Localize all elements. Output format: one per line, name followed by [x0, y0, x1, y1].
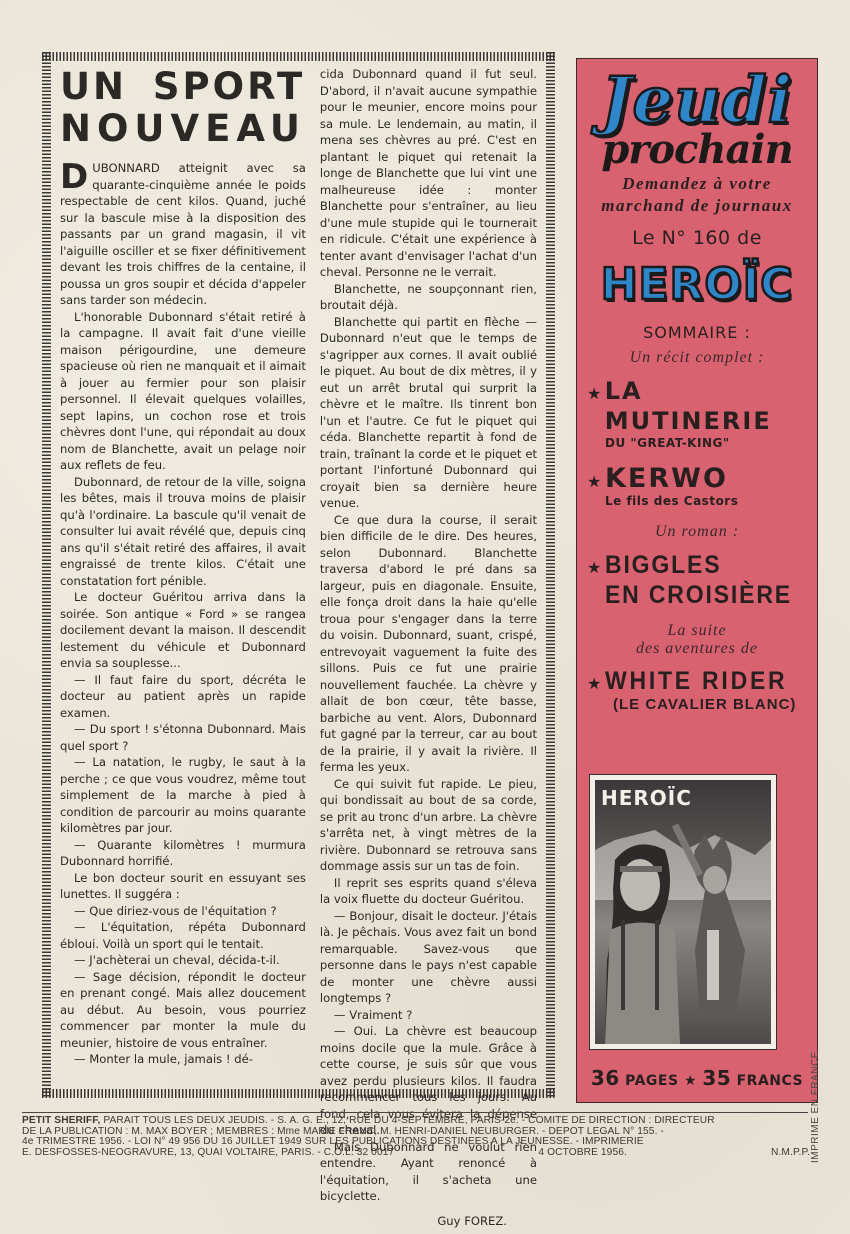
paragraph: L'honorable Dubonnard s'était retiré à l…: [60, 309, 306, 474]
entry-title-line-2: EN CROISIÈRE: [605, 580, 792, 610]
article-column-1: UN SPORT NOUVEAU DUBONNARD atteignit ave…: [60, 66, 306, 1084]
article-columns: UN SPORT NOUVEAU DUBONNARD atteignit ave…: [60, 66, 537, 1084]
title-line-1: UN SPORT: [60, 66, 306, 108]
hatched-border-top: [42, 52, 555, 61]
paragraph: DUBONNARD atteignit avec sa quarante-cin…: [60, 160, 306, 309]
star-icon: ★: [587, 558, 605, 577]
paragraph: Blanchette qui partit en flèche — Dubonn…: [320, 314, 537, 512]
label-suite: La suite des aventures de: [577, 622, 817, 658]
entry-subtitle: DU "GREAT-KING": [587, 436, 817, 450]
star-icon: ★: [684, 1073, 697, 1089]
entry-title: WHITE RIDER: [605, 666, 787, 696]
article-column-2: cida Dubonnard quand il fut seul. D'abor…: [320, 66, 537, 1084]
paragraph: Ce que dura la course, il serait bien di…: [320, 512, 537, 776]
paragraph: — J'achèterai un cheval, décida-t-il.: [60, 952, 306, 969]
star-icon: ★: [587, 472, 605, 491]
paragraph: — Sage décision, répondit le docteur en …: [60, 969, 306, 1052]
paragraph: Il reprit ses esprits quand s'éleva la v…: [320, 875, 537, 908]
cover-title: HEROÏC: [601, 786, 692, 810]
hatched-border-right: [546, 52, 555, 1098]
article-author: Guy FOREZ.: [320, 1213, 537, 1230]
entry-title: KERWO: [605, 464, 728, 494]
paragraph: cida Dubonnard quand il fut seul. D'abor…: [320, 66, 537, 281]
contents-entry: ★ KERWO Le fils des Castors: [577, 464, 817, 508]
page-count: 36: [591, 1066, 620, 1090]
paragraph: Dubonnard, de retour de la ville, soigna…: [60, 474, 306, 590]
paragraph: Ce qui suivit fut rapide. Le pieu, qui b…: [320, 776, 537, 875]
paragraph: Le docteur Guéritou arriva dans la soiré…: [60, 589, 306, 672]
drop-cap: D: [60, 162, 88, 192]
article-title: UN SPORT NOUVEAU: [60, 66, 306, 150]
cover-illustration: HEROÏC: [595, 780, 771, 1044]
hatched-border-left: [42, 52, 51, 1098]
paragraph: — Quarante kilomètres ! murmura Dubonnar…: [60, 837, 306, 870]
entry-title: BIGGLES: [605, 550, 721, 580]
label-roman: Un roman :: [577, 522, 817, 542]
sommaire-heading: SOMMAIRE :: [577, 323, 817, 342]
next-issue-promo: Jeudi prochain Demandez à votre marchand…: [576, 58, 818, 1103]
publication-name: PETIT SHERIFF,: [22, 1115, 100, 1126]
article-box: UN SPORT NOUVEAU DUBONNARD atteignit ave…: [42, 52, 555, 1098]
entry-subtitle: (LE CAVALIER BLANC): [587, 696, 817, 713]
ask-newsagent: Demandez à votre marchand de journaux: [577, 173, 817, 217]
star-icon: ★: [587, 674, 605, 693]
printed-in-france: IMPRIME EN FRANCE.: [810, 1040, 830, 1170]
paragraph: Le bon docteur sourit en essuyant ses lu…: [60, 870, 306, 903]
price-line: 36 PAGES ★ 35 FRANCS: [577, 1066, 817, 1090]
issue-number: Le N° 160 de: [577, 227, 817, 249]
paragraph: — La natation, le rugby, le saut à la pe…: [60, 754, 306, 837]
star-icon: ★: [587, 384, 605, 403]
paragraph: — Monter la mule, jamais ! dé-: [60, 1051, 306, 1068]
contents-entry: ★ WHITE RIDER (LE CAVALIER BLANC): [577, 666, 817, 713]
footer-divider: [22, 1112, 808, 1113]
heroic-cover-image: HEROÏC: [589, 774, 777, 1050]
headline-jeudi: Jeudi: [577, 69, 817, 133]
headline-prochain: prochain: [577, 131, 817, 169]
label-recit-complet: Un récit complet :: [577, 348, 817, 368]
paragraph: — Que diriez-vous de l'équitation ?: [60, 903, 306, 920]
cover-artwork-icon: [595, 780, 771, 1044]
paragraph: — L'équitation, répéta Dubonnard ébloui.…: [60, 919, 306, 952]
contents-entry: ★ BIGGLES EN CROISIÈRE: [577, 550, 817, 610]
paragraph: Blanchette, ne soupçonnant rien, broutai…: [320, 281, 537, 314]
publication-imprint: PETIT SHERIFF, PARAIT TOUS LES DEUX JEUD…: [22, 1116, 810, 1158]
heroic-logo: HEROÏC: [577, 261, 817, 309]
entry-title: LA MUTINERIE: [605, 376, 817, 436]
paragraph: — Il faut faire du sport, décréta le doc…: [60, 672, 306, 722]
paragraph: — Du sport ! s'étonna Dubonnard. Mais qu…: [60, 721, 306, 754]
entry-subtitle: Le fils des Castors: [587, 494, 817, 508]
title-line-2: NOUVEAU: [60, 108, 306, 150]
contents-entry: ★ LA MUTINERIE DU "GREAT-KING": [577, 376, 817, 450]
paragraph: — Bonjour, disait le docteur. J'étais là…: [320, 908, 537, 1007]
publication-date: 4 OCTOBRE 1956.: [538, 1148, 627, 1159]
paragraph: — Vraiment ?: [320, 1007, 537, 1024]
price-value: 35: [702, 1066, 731, 1090]
